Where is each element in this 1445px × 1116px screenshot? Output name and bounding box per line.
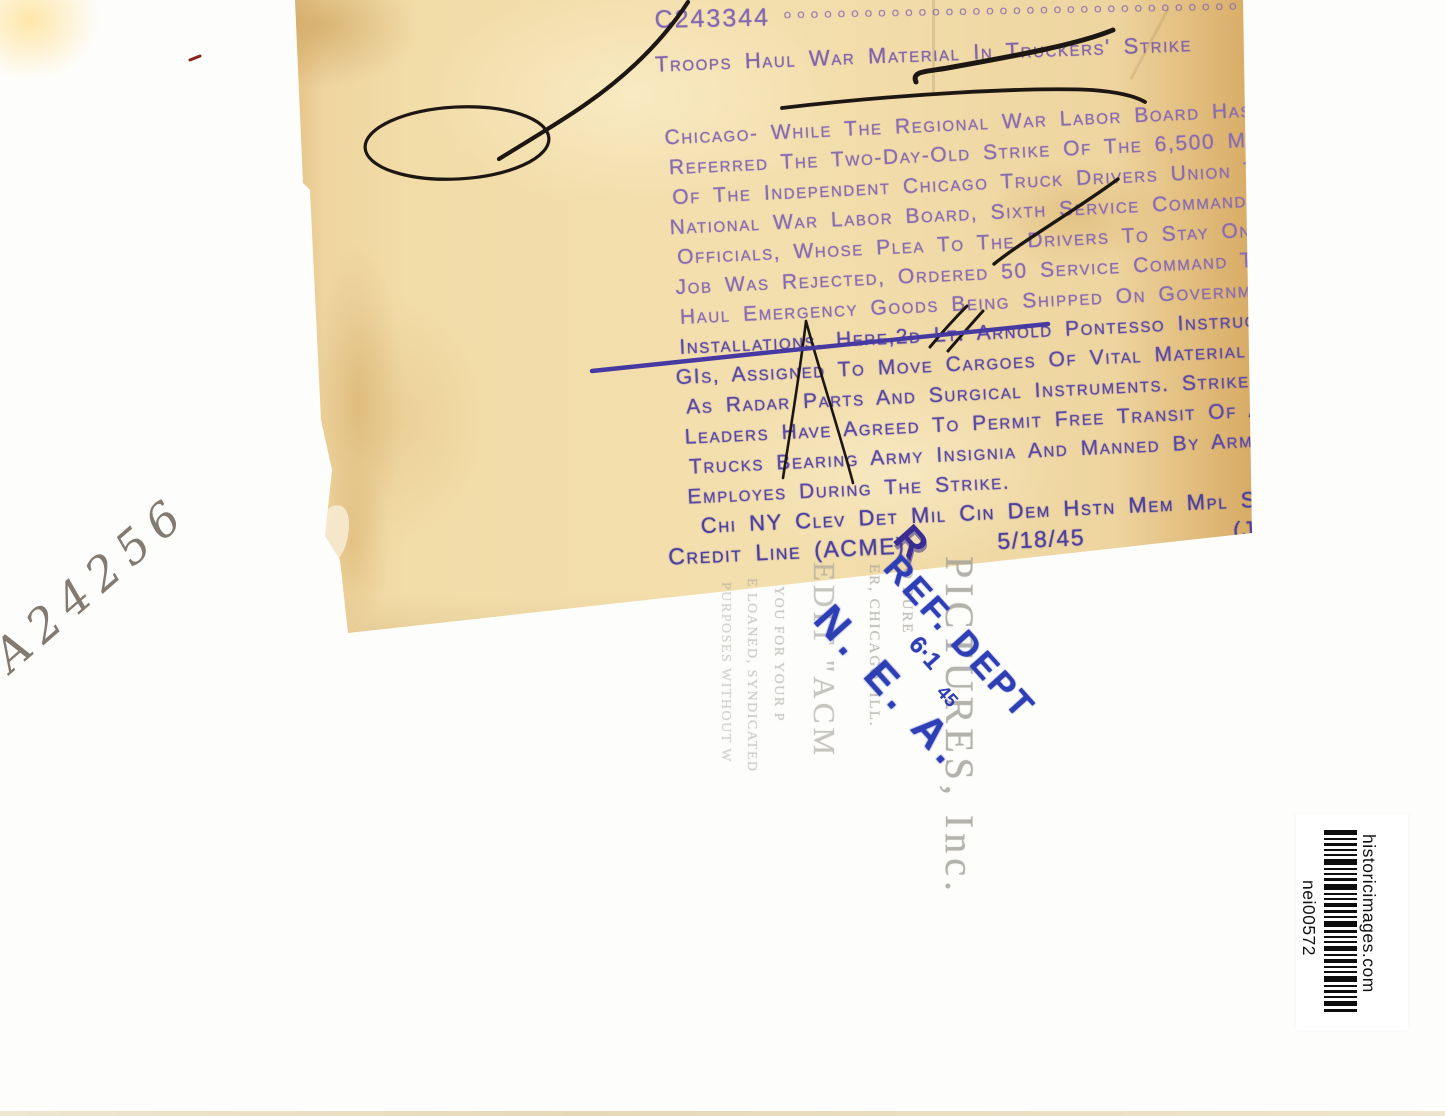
barcode-bar: [1324, 976, 1357, 982]
barcode-bar: [1324, 1009, 1357, 1012]
barcode-bar: [1324, 849, 1357, 851]
barcode-bar: [1324, 884, 1357, 890]
barcode-bar: [1324, 966, 1357, 968]
photo-back-scan: C243344 oooooooooooooooooooooooooooooooo…: [0, 0, 1445, 1116]
barcode: [1324, 830, 1357, 1015]
barcode-bar: [1324, 971, 1357, 973]
dots-leader: oooooooooooooooooooooooooooooooooooo: [784, 0, 1270, 21]
photographer-initials: (JF): [1232, 515, 1280, 543]
barcode-bar: [1324, 903, 1357, 907]
slip-tear: [314, 503, 352, 565]
acme-stamp-line: YOU FOR YOUR P: [764, 556, 792, 906]
barcode-bar: [1324, 830, 1357, 835]
barcode-bar: [1324, 921, 1357, 927]
barcode-bar: [1324, 854, 1357, 856]
barcode-bar: [1324, 954, 1357, 956]
barcode-bar: [1324, 843, 1357, 846]
barcode-bar: [1324, 985, 1357, 987]
barcode-bar: [1324, 838, 1357, 840]
barcode-bar: [1324, 859, 1357, 865]
caption-date: 5/18/45: [997, 524, 1086, 554]
barcode-bar: [1324, 936, 1357, 938]
acme-stamp-line: E LOANED, SYNDICATED: [738, 556, 764, 906]
acme-stamp-line: PURPOSES WITHOUT W: [712, 556, 738, 906]
barcode-id-text: nei00572: [1298, 880, 1319, 956]
barcode-site-text: historicimages.com: [1358, 834, 1379, 993]
file-number-row: C243344 oooooooooooooooooooooooooooooooo…: [654, 0, 1270, 35]
barcode-bar: [1324, 941, 1357, 943]
barcode-bar: [1324, 916, 1357, 918]
barcode-bar: [1324, 910, 1357, 913]
slip-title: Troops Haul War Material In Truckers' St…: [654, 31, 1192, 78]
wire-codes-line-2: Peo KC: [1305, 500, 1398, 531]
barcode-bar: [1324, 990, 1357, 993]
barcode-label: historicimages.com nei00572: [1296, 814, 1408, 1030]
barcode-bar: [1324, 878, 1357, 881]
pencil-catalog-number: A24256: [0, 484, 199, 682]
barcode-bar: [1324, 1001, 1357, 1006]
barcode-bar: [1324, 893, 1357, 895]
barcode-bar: [1324, 946, 1357, 951]
barcode-bar: [1324, 996, 1357, 998]
barcode-bar: [1324, 898, 1357, 900]
scan-corner-glow: [0, 0, 100, 80]
barcode-bar: [1324, 868, 1357, 870]
barcode-bar: [1324, 959, 1357, 963]
barcode-bar: [1324, 873, 1357, 875]
barcode-bar: [1324, 930, 1357, 933]
slip-file-number: C243344: [654, 3, 770, 33]
red-ink-speck: [190, 56, 200, 60]
